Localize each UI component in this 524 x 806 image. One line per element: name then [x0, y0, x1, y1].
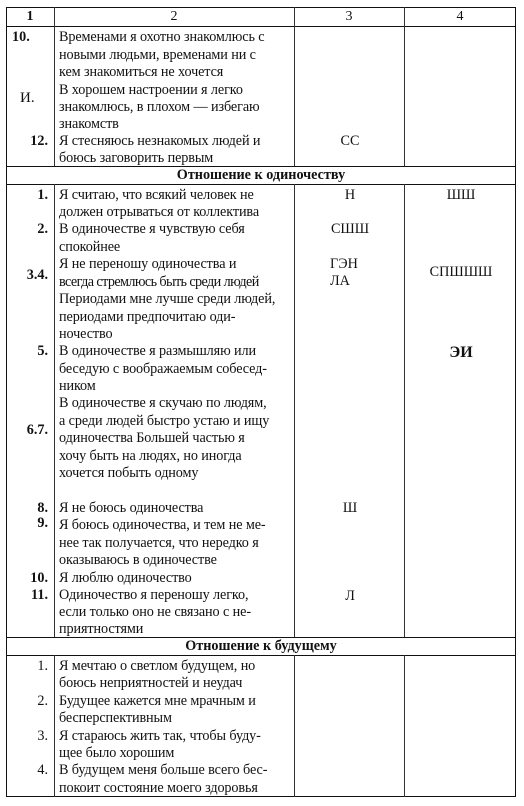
item-code-col3: Л — [296, 588, 404, 605]
item-code-col4: СПШШШ — [406, 264, 516, 281]
item-text: Одиночество я переношу легко, — [59, 587, 248, 604]
item-code-col3: Н — [296, 187, 404, 204]
item-text: нее так получается, что нередко я — [59, 535, 259, 552]
item-number: 1. — [4, 187, 48, 204]
header-row-divider — [6, 26, 516, 27]
item-number: 2. — [4, 221, 48, 238]
item-text: Я не боюсь одиночества — [59, 500, 203, 517]
column-divider — [294, 7, 295, 166]
item-text: а среди людей быстро устаю и ищу — [59, 413, 269, 430]
section-title-future: Отношение к будущему — [6, 638, 516, 655]
item-number: 3.4. — [4, 267, 48, 284]
column-header-1: 1 — [6, 8, 54, 25]
item-text: Я не переношу одиночества и — [59, 256, 236, 273]
item-text: боюсь заговорить первым — [59, 150, 213, 167]
item-text: Периодами мне лучше среди людей, — [59, 291, 275, 308]
item-number: 1. — [4, 658, 48, 675]
column-divider — [404, 655, 405, 797]
item-text: ником — [59, 378, 96, 395]
item-text: Я стесняюсь незнакомых людей и — [59, 133, 260, 150]
item-text: беседую с воображаемым собесед- — [59, 361, 267, 378]
item-text: В одиночестве я размышляю или — [59, 343, 256, 360]
column-divider — [54, 655, 55, 797]
item-number: 4. — [4, 762, 48, 779]
item-number: 2. — [4, 693, 48, 710]
item-number: 5. — [4, 343, 48, 360]
item-number: 6.7. — [4, 422, 48, 439]
item-text: кем знакомиться не хочется — [59, 64, 223, 81]
item-number: И. — [20, 90, 64, 107]
item-text: хочу быть на людях, но иногда — [59, 448, 242, 465]
item-text: Будущее кажется мне мрачным и — [59, 693, 256, 710]
item-code-col4: ШШ — [406, 187, 516, 204]
column-divider — [404, 7, 405, 166]
column-header-2: 2 — [54, 8, 294, 25]
item-text: Я люблю одиночество — [59, 570, 192, 587]
item-text: если только оно не связано с не- — [59, 604, 251, 621]
item-text: Я боюсь одиночества, и тем не ме- — [59, 517, 266, 534]
column-header-3: 3 — [294, 8, 404, 25]
column-divider — [404, 184, 405, 637]
item-number: 10. — [4, 570, 48, 587]
item-text: бесперспективным — [59, 710, 172, 727]
section-divider-bottom — [6, 184, 516, 185]
item-text: Я мечтаю о светлом будущем, но — [59, 658, 255, 675]
item-code-col3: ЛА — [330, 273, 350, 290]
column-divider — [294, 184, 295, 637]
item-text: знакомлюсь, в плохом — избегаю — [59, 99, 260, 116]
section-title-loneliness: Отношение к одиночеству — [6, 167, 516, 184]
item-text: щее было хорошим — [59, 745, 174, 762]
section-divider-bottom — [6, 655, 516, 656]
item-text: знакомств — [59, 116, 119, 133]
item-number: 9. — [4, 515, 48, 532]
item-code-col3: СШШ — [296, 221, 404, 238]
item-text: В одиночестве я скучаю по людям, — [59, 395, 267, 412]
item-text: новыми людьми, временами ни с — [59, 47, 256, 64]
item-text: периодами предпочитаю оди- — [59, 309, 235, 326]
column-header-4: 4 — [404, 8, 516, 25]
item-number: 11. — [4, 587, 48, 604]
item-code-col3: Ш — [296, 500, 404, 517]
item-code-col3: ГЭН — [330, 256, 358, 273]
item-text: спокойнее — [59, 239, 120, 256]
item-text: В хорошем настроении я легко — [59, 82, 243, 99]
item-text: боюсь неприятностей и неудач — [59, 675, 242, 692]
column-divider — [54, 184, 55, 637]
column-divider — [294, 655, 295, 797]
item-number: 12. — [4, 133, 48, 150]
item-number: 10. — [12, 29, 56, 46]
item-text: В одиночестве я чувствую себя — [59, 221, 245, 238]
item-text: В будущем меня больше всего бес- — [59, 762, 267, 779]
item-code-col3: СС — [296, 133, 404, 150]
item-text: одиночества Большей частью я — [59, 430, 245, 447]
item-text: Я считаю, что всякий человек не — [59, 187, 254, 204]
item-text: всегда стремлюсь быть среди людей — [59, 274, 259, 291]
item-text: хочется побыть одному — [59, 465, 198, 482]
item-code-col4: ЭИ — [406, 344, 516, 361]
item-number: 3. — [4, 728, 48, 745]
item-text: покоит состояние моего здоровья — [59, 780, 258, 797]
item-text: ночество — [59, 326, 113, 343]
item-text: оказываюсь в одиночестве — [59, 552, 217, 569]
item-text: Я стараюсь жить так, чтобы буду- — [59, 728, 261, 745]
item-text: Временами я охотно знакомлюсь с — [59, 29, 265, 46]
item-text: приятностями — [59, 621, 143, 638]
item-text: должен отрываться от коллектива — [59, 204, 259, 221]
